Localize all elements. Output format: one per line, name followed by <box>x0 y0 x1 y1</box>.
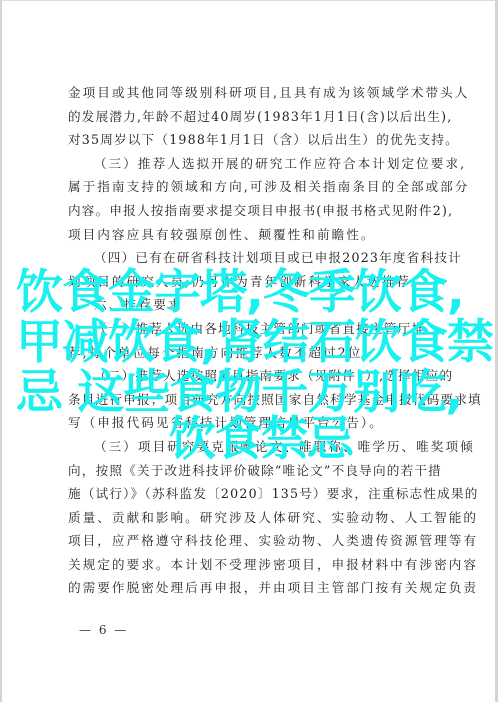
text-line: 关规定的要求。本计划不受理涉密项目，申报材料中有涉密内容 <box>68 553 436 577</box>
text-line: 向，按照《关于改进科技评价破除“唯论文”不良导向的若干措 <box>68 459 436 483</box>
text-line: 荐,每个单位每个指南方向推荐人数不超过2位。 <box>68 341 436 365</box>
text-line: 施（试行）》（苏科监发〔2020〕135号）要求，注重标志性成果的 <box>68 482 436 506</box>
document-body: 金项目或其他同等级别科研项目,且具有成为该领域学术带头人 的发展潜力,年龄不超过… <box>68 81 436 600</box>
text-line: 项目内容应具有较强原创性、颠覆性和前瞻性。 <box>68 223 436 247</box>
text-line: 内容。申报人按指南要求提交项目申报书(申报书格式见附件2), <box>68 199 436 223</box>
document-page: 金项目或其他同等级别科研项目,且具有成为该领域学术带头人 的发展潜力,年龄不超过… <box>0 0 498 702</box>
text-line: 质量、贡献和影响。研究涉及人体研究、实验动物、人工智能的 <box>68 506 436 530</box>
text-line: 对35周岁以下（1988年1月1日（含）以后出生）的优先支持。 <box>68 128 436 152</box>
text-line: （二）推荐人选按照项目指南要求（见附件1）,选择相应的 <box>68 364 436 388</box>
text-line: 写（申报代码见省科技计划管理信息平台公告）。 <box>68 411 436 435</box>
text-line: 划项目的研究人员,仍可作为青年创新科学家人选推荐。 <box>68 270 436 294</box>
text-line: （三）项目研究要克服唯论文、唯职称、唯学历、唯奖项倾 <box>68 435 436 459</box>
text-line: （三）推荐人选拟开展的研究工作应符合本计划定位要求, <box>68 152 436 176</box>
text-line: 的需要作脱密处理后再申报，并由项目主管部门按有关规定负责 <box>68 576 436 600</box>
page-number: — 6 — <box>79 623 128 637</box>
text-line: 的发展潜力,年龄不超过40周岁(1983年1月1日(含)以后出生), <box>68 105 436 129</box>
section-heading: 六、推荐要求 <box>68 293 436 317</box>
text-line: 条目进行申报；项目研究方向按照国家自然科学基金申报代码要求填 <box>68 388 436 412</box>
text-line: 金项目或其他同等级别科研项目,且具有成为该领域学术带头人 <box>68 81 436 105</box>
text-line: （一）推荐人选由各地科技主管部门或省直接主管厅推 <box>68 317 436 341</box>
text-line: （四）已有在研省科技计划项目或已申报2023年度省科技计 <box>68 246 436 270</box>
text-line: 项目，应严格遵守科技伦理、实验动物、人类遗传资源管理等有 <box>68 529 436 553</box>
text-line: 属于指南支持的领域和方向,可涉及相关指南条目的全部或部分 <box>68 175 436 199</box>
